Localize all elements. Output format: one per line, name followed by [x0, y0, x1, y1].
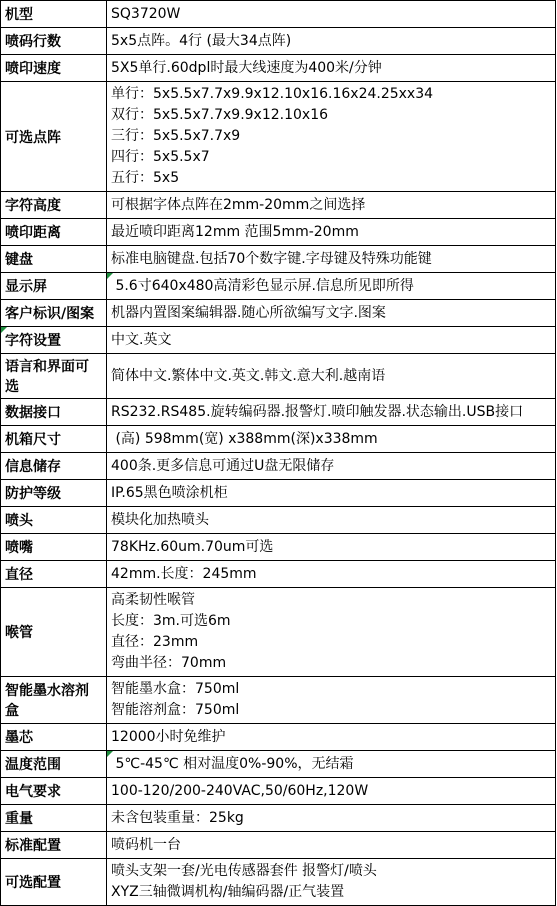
spec-value-line: 弯曲半径：70mm — [111, 653, 551, 674]
spec-label: 机型 — [1, 1, 107, 28]
spec-label: 重量 — [1, 805, 107, 832]
spec-value: 机器内置图案编辑器.随心所欲编写文字.图案 — [107, 300, 556, 327]
table-row: 喉管高柔韧性喉管长度：3m.可选6m直径：23mm弯曲半径：70mm — [1, 588, 556, 677]
spec-value-line: 机器内置图案编辑器.随心所欲编写文字.图案 — [111, 303, 551, 324]
spec-value-line: 简体中文.繁体中文.英文.韩文.意大利.越南语 — [111, 366, 551, 387]
table-row: 键盘标准电脑键盘.包括70个数字键.字母键及特殊功能键 — [1, 246, 556, 273]
spec-value: SQ3720W — [107, 1, 556, 28]
spec-value-line: 5℃-45℃ 相对温度0%-90%，无结霜 — [111, 754, 551, 775]
spec-value-line: 78KHz.60um.70um可选 — [111, 537, 551, 558]
table-row: 喷印距离最近喷印距离12mm 范围5mm-20mm — [1, 219, 556, 246]
spec-label: 喉管 — [1, 588, 107, 677]
spec-value: 智能墨水盒：750ml智能溶剂盒：750ml — [107, 677, 556, 724]
table-row: 智能墨水溶剂盒智能墨水盒：750ml智能溶剂盒：750ml — [1, 677, 556, 724]
spec-label: 喷头 — [1, 507, 107, 534]
spec-value-line: 高柔韧性喉管 — [111, 590, 551, 611]
table-row: 机型SQ3720W — [1, 1, 556, 28]
spec-value-line: (高) 598mm(宽) x388mm(深)x338mm — [111, 429, 551, 450]
spec-label: 防护等级 — [1, 480, 107, 507]
spec-value-line: RS232.RS485.旋转编码器.报警灯.喷印触发器.状态输出.USB接口 — [111, 402, 551, 423]
table-row: 防护等级IP.65黑色喷涂机柜 — [1, 480, 556, 507]
table-row: 温度范围 5℃-45℃ 相对温度0%-90%，无结霜 — [1, 751, 556, 778]
spec-table-body: 机型SQ3720W喷码行数5x5点阵。4行 (最大34点阵)喷印速度5X5单行.… — [1, 1, 556, 906]
spec-value-line: 400条.更多信息可通过U盘无限储存 — [111, 456, 551, 477]
spec-value: 喷头支架一套/光电传感器套件 报警灯/喷头XYZ三轴微调机构/轴编码器/正气装置 — [107, 859, 556, 906]
spec-value: 中文.英文 — [107, 327, 556, 354]
spec-label: 标准配置 — [1, 832, 107, 859]
spec-label: 喷印速度 — [1, 55, 107, 82]
spec-label: 语言和界面可选 — [1, 354, 107, 399]
spec-value-line: 智能墨水盒：750ml — [111, 679, 551, 700]
spec-label: 信息储存 — [1, 453, 107, 480]
spec-value-line: 三行：5x5.5x7.7x9 — [111, 126, 551, 147]
spec-value-line: 单行：5x5.5x7.7x9.9x12.10x16.16x24.25xx34 — [111, 84, 551, 105]
spec-value: 5.6寸640x480高清彩色显示屏.信息所见即所得 — [107, 273, 556, 300]
spec-value: 最近喷印距离12mm 范围5mm-20mm — [107, 219, 556, 246]
spec-label: 客户标识/图案 — [1, 300, 107, 327]
table-row: 喷头模块化加热喷头 — [1, 507, 556, 534]
spec-value-line: 中文.英文 — [111, 330, 551, 351]
spec-value-line: 5.6寸640x480高清彩色显示屏.信息所见即所得 — [111, 276, 551, 297]
spec-value: 单行：5x5.5x7.7x9.9x12.10x16.16x24.25xx34双行… — [107, 82, 556, 192]
table-row: 可选配置喷头支架一套/光电传感器套件 报警灯/喷头XYZ三轴微调机构/轴编码器/… — [1, 859, 556, 906]
spec-label: 直径 — [1, 561, 107, 588]
spec-label: 数据接口 — [1, 399, 107, 426]
table-row: 喷码行数5x5点阵。4行 (最大34点阵) — [1, 28, 556, 55]
spec-value: 模块化加热喷头 — [107, 507, 556, 534]
table-row: 机箱尺寸 (高) 598mm(宽) x388mm(深)x338mm — [1, 426, 556, 453]
cell-error-indicator-icon — [1, 327, 7, 333]
table-row: 显示屏 5.6寸640x480高清彩色显示屏.信息所见即所得 — [1, 273, 556, 300]
spec-value-line: 喷码机一台 — [111, 835, 551, 856]
spec-label: 显示屏 — [1, 273, 107, 300]
spec-label: 墨芯 — [1, 724, 107, 751]
spec-label: 字符设置 — [1, 327, 107, 354]
table-row: 语言和界面可选简体中文.繁体中文.英文.韩文.意大利.越南语 — [1, 354, 556, 399]
spec-value: IP.65黑色喷涂机柜 — [107, 480, 556, 507]
spec-value-line: 5x5点阵。4行 (最大34点阵) — [111, 31, 551, 52]
table-row: 直径42mm.长度：245mm — [1, 561, 556, 588]
cell-error-indicator-icon — [107, 751, 113, 757]
spec-value-line: IP.65黑色喷涂机柜 — [111, 483, 551, 504]
table-row: 信息储存400条.更多信息可通过U盘无限储存 — [1, 453, 556, 480]
spec-label: 可选配置 — [1, 859, 107, 906]
spec-value: 未含包装重量：25kg — [107, 805, 556, 832]
spec-value: 12000小时免维护 — [107, 724, 556, 751]
spec-value-line: 12000小时免维护 — [111, 727, 551, 748]
table-row: 客户标识/图案机器内置图案编辑器.随心所欲编写文字.图案 — [1, 300, 556, 327]
spec-value-line: 可根据字体点阵在2mm-20mm之间选择 — [111, 195, 551, 216]
spec-value-line: 双行：5x5.5x7.7x9.9x12.10x16 — [111, 105, 551, 126]
spec-label: 电气要求 — [1, 778, 107, 805]
cell-error-indicator-icon — [107, 273, 113, 279]
spec-value-line: 100-120/200-240VAC,50/60Hz,120W — [111, 781, 551, 802]
spec-label: 温度范围 — [1, 751, 107, 778]
spec-value-line: 标准电脑键盘.包括70个数字键.字母键及特殊功能键 — [111, 249, 551, 270]
spec-value-line: 五行：5x5 — [111, 168, 551, 189]
spec-value-line: 未含包装重量：25kg — [111, 808, 551, 829]
spec-value: (高) 598mm(宽) x388mm(深)x338mm — [107, 426, 556, 453]
spec-value-line: 智能溶剂盒：750ml — [111, 700, 551, 721]
spec-value-line: 模块化加热喷头 — [111, 510, 551, 531]
spec-label: 智能墨水溶剂盒 — [1, 677, 107, 724]
spec-value: 5X5单行.60dpl时最大线速度为400米/分钟 — [107, 55, 556, 82]
table-row: 重量未含包装重量：25kg — [1, 805, 556, 832]
spec-label: 机箱尺寸 — [1, 426, 107, 453]
spec-value: 400条.更多信息可通过U盘无限储存 — [107, 453, 556, 480]
spec-value: 78KHz.60um.70um可选 — [107, 534, 556, 561]
table-row: 墨芯12000小时免维护 — [1, 724, 556, 751]
table-row: 电气要求100-120/200-240VAC,50/60Hz,120W — [1, 778, 556, 805]
spec-label: 字符高度 — [1, 192, 107, 219]
spec-table: 机型SQ3720W喷码行数5x5点阵。4行 (最大34点阵)喷印速度5X5单行.… — [0, 0, 556, 906]
spec-value-line: 长度：3m.可选6m — [111, 611, 551, 632]
table-row: 字符设置中文.英文 — [1, 327, 556, 354]
table-row: 喷印速度5X5单行.60dpl时最大线速度为400米/分钟 — [1, 55, 556, 82]
spec-value-line: 喷头支架一套/光电传感器套件 报警灯/喷头 — [111, 861, 551, 882]
table-row: 字符高度可根据字体点阵在2mm-20mm之间选择 — [1, 192, 556, 219]
spec-value: 喷码机一台 — [107, 832, 556, 859]
spec-label: 喷码行数 — [1, 28, 107, 55]
table-row: 数据接口RS232.RS485.旋转编码器.报警灯.喷印触发器.状态输出.USB… — [1, 399, 556, 426]
spec-value: 5x5点阵。4行 (最大34点阵) — [107, 28, 556, 55]
table-row: 标准配置喷码机一台 — [1, 832, 556, 859]
spec-value: 5℃-45℃ 相对温度0%-90%，无结霜 — [107, 751, 556, 778]
spec-value: 简体中文.繁体中文.英文.韩文.意大利.越南语 — [107, 354, 556, 399]
spec-value: 标准电脑键盘.包括70个数字键.字母键及特殊功能键 — [107, 246, 556, 273]
spec-label: 喷嘴 — [1, 534, 107, 561]
spec-value-line: 42mm.长度：245mm — [111, 564, 551, 585]
spec-value: 高柔韧性喉管长度：3m.可选6m直径：23mm弯曲半径：70mm — [107, 588, 556, 677]
spec-value-line: 四行：5x5.5x7 — [111, 147, 551, 168]
table-row: 可选点阵单行：5x5.5x7.7x9.9x12.10x16.16x24.25xx… — [1, 82, 556, 192]
spec-label: 键盘 — [1, 246, 107, 273]
spec-value-line: XYZ三轴微调机构/轴编码器/正气装置 — [111, 882, 551, 903]
spec-value-line: 直径：23mm — [111, 632, 551, 653]
spec-value: 可根据字体点阵在2mm-20mm之间选择 — [107, 192, 556, 219]
spec-label: 可选点阵 — [1, 82, 107, 192]
spec-value-line: 5X5单行.60dpl时最大线速度为400米/分钟 — [111, 58, 551, 79]
spec-value: 42mm.长度：245mm — [107, 561, 556, 588]
table-row: 喷嘴78KHz.60um.70um可选 — [1, 534, 556, 561]
spec-value: 100-120/200-240VAC,50/60Hz,120W — [107, 778, 556, 805]
spec-value: RS232.RS485.旋转编码器.报警灯.喷印触发器.状态输出.USB接口 — [107, 399, 556, 426]
spec-value-line: 最近喷印距离12mm 范围5mm-20mm — [111, 222, 551, 243]
spec-sheet: 机型SQ3720W喷码行数5x5点阵。4行 (最大34点阵)喷印速度5X5单行.… — [0, 0, 557, 906]
spec-label: 喷印距离 — [1, 219, 107, 246]
spec-value-line: SQ3720W — [111, 4, 551, 25]
